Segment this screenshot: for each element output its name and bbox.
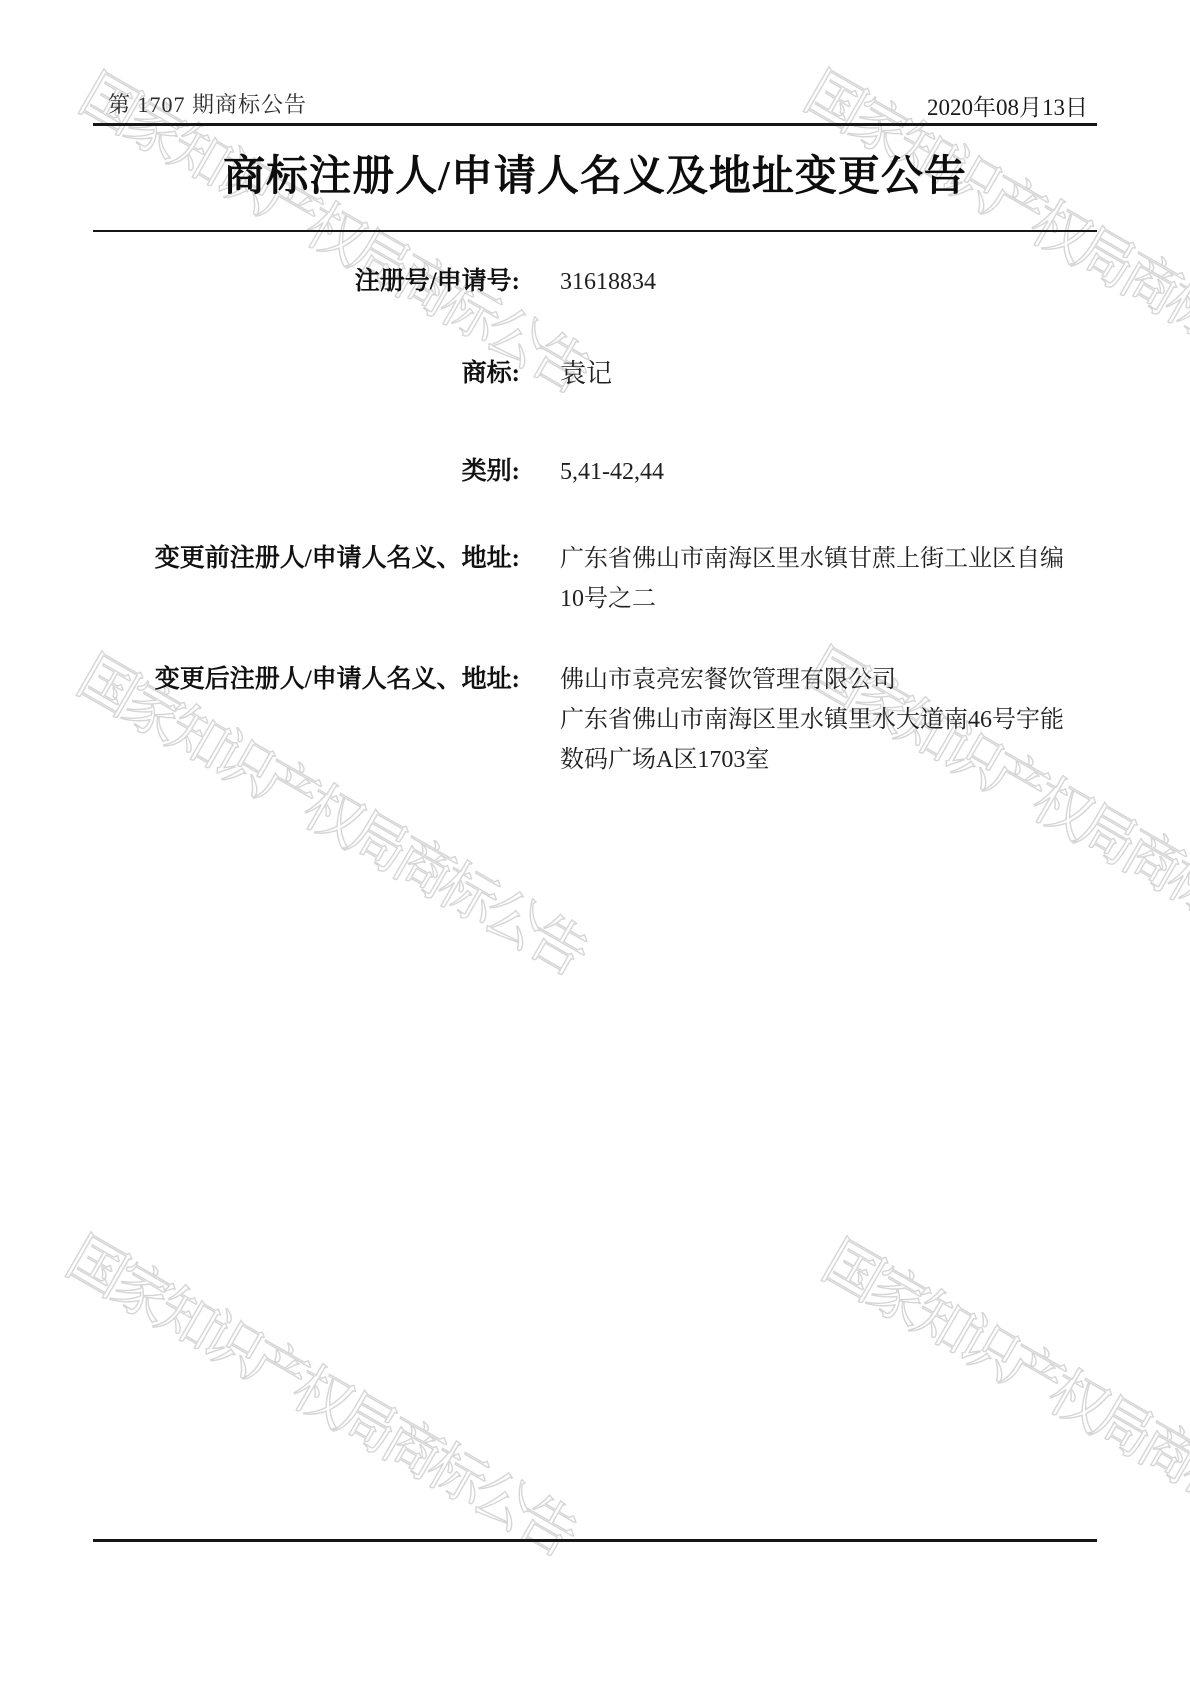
field-label: 变更前注册人/申请人名义、地址: xyxy=(93,539,520,579)
footer-rule xyxy=(93,1539,1097,1542)
field-label: 变更后注册人/申请人名义、地址: xyxy=(93,660,520,700)
gazette-issue-label: 第 1707 期商标公告 xyxy=(108,88,307,119)
field-value: 广东省佛山市南海区里水镇甘蔗上街工业区自编10号之二 xyxy=(560,539,1082,619)
header-rule xyxy=(93,123,1097,126)
field-label: 注册号/申请号: xyxy=(93,262,520,302)
field-label: 类别: xyxy=(93,452,520,492)
new-owner-address: 广东省佛山市南海区里水镇里水大道南46号宇能数码广场A区1703室 xyxy=(560,700,1082,780)
publication-date: 2020年08月13日 xyxy=(927,89,1088,122)
field-value: 袁记 xyxy=(560,354,1082,394)
field-value: 31618834 xyxy=(560,262,1082,302)
gazette-page: 国家知识产权局商标公告 国家知识产权局商标公告 国家知识产权局商标公告 国家知识… xyxy=(0,0,1190,1684)
field-value: 5,41-42,44 xyxy=(560,452,1082,492)
page-title: 商标注册人/申请人名义及地址变更公告 xyxy=(0,143,1190,203)
title-rule xyxy=(93,230,1097,232)
field-value: 佛山市袁亮宏餐饮管理有限公司 广东省佛山市南海区里水镇里水大道南46号宇能数码广… xyxy=(560,660,1082,780)
new-owner-name: 佛山市袁亮宏餐饮管理有限公司 xyxy=(560,660,1082,700)
page-content: 第 1707 期商标公告 2020年08月13日 商标注册人/申请人名义及地址变… xyxy=(0,0,1190,1684)
field-label: 商标: xyxy=(93,354,520,394)
